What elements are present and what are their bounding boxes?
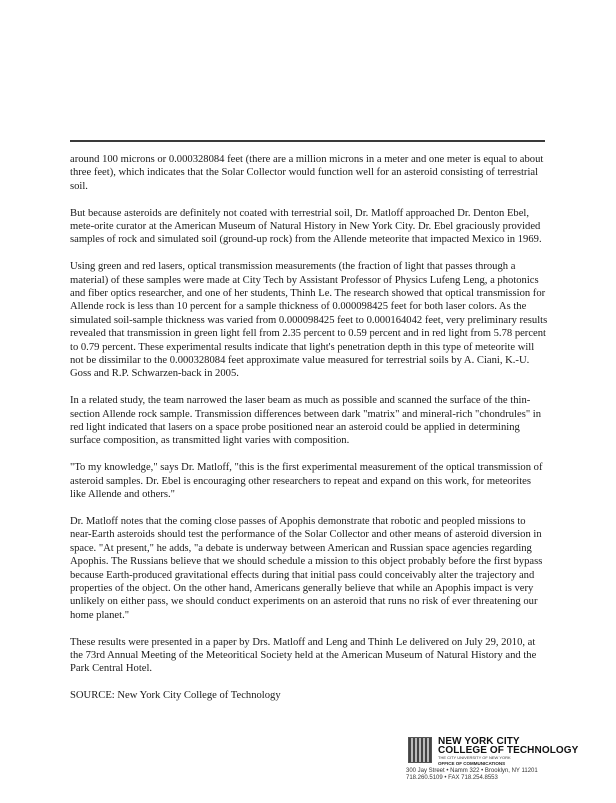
footer-letterhead: NEW YORK CITY COLLEGE OF TECHNOLOGY THE …: [406, 737, 586, 797]
paragraph: Dr. Matloff notes that the coming close …: [70, 515, 548, 622]
paragraph: In a related study, the team narrowed th…: [70, 394, 548, 448]
document-page: around 100 microns or 0.000328084 feet (…: [0, 0, 616, 803]
college-seal-icon: [408, 737, 432, 763]
footer-address: 300 Jay Street • Namm 322 • Brooklyn, NY…: [406, 768, 538, 775]
paragraph: "To my knowledge," says Dr. Matloff, "th…: [70, 461, 548, 501]
footer-phone-fax: 718.260.5109 • FAX 718.254.8553: [406, 775, 498, 782]
paragraph: These results were presented in a paper …: [70, 636, 548, 676]
article-body: around 100 microns or 0.000328084 feet (…: [70, 153, 548, 716]
paragraph: Using green and red lasers, optical tran…: [70, 260, 548, 381]
paragraph: But because asteroids are definitely not…: [70, 207, 548, 247]
header-rule: [70, 140, 545, 142]
source-line: SOURCE: New York City College of Technol…: [70, 689, 548, 702]
org-affiliation: THE CITY UNIVERSITY OF NEW YORK: [438, 756, 511, 760]
org-office: OFFICE OF COMMUNICATIONS: [438, 761, 505, 766]
paragraph: around 100 microns or 0.000328084 feet (…: [70, 153, 548, 193]
